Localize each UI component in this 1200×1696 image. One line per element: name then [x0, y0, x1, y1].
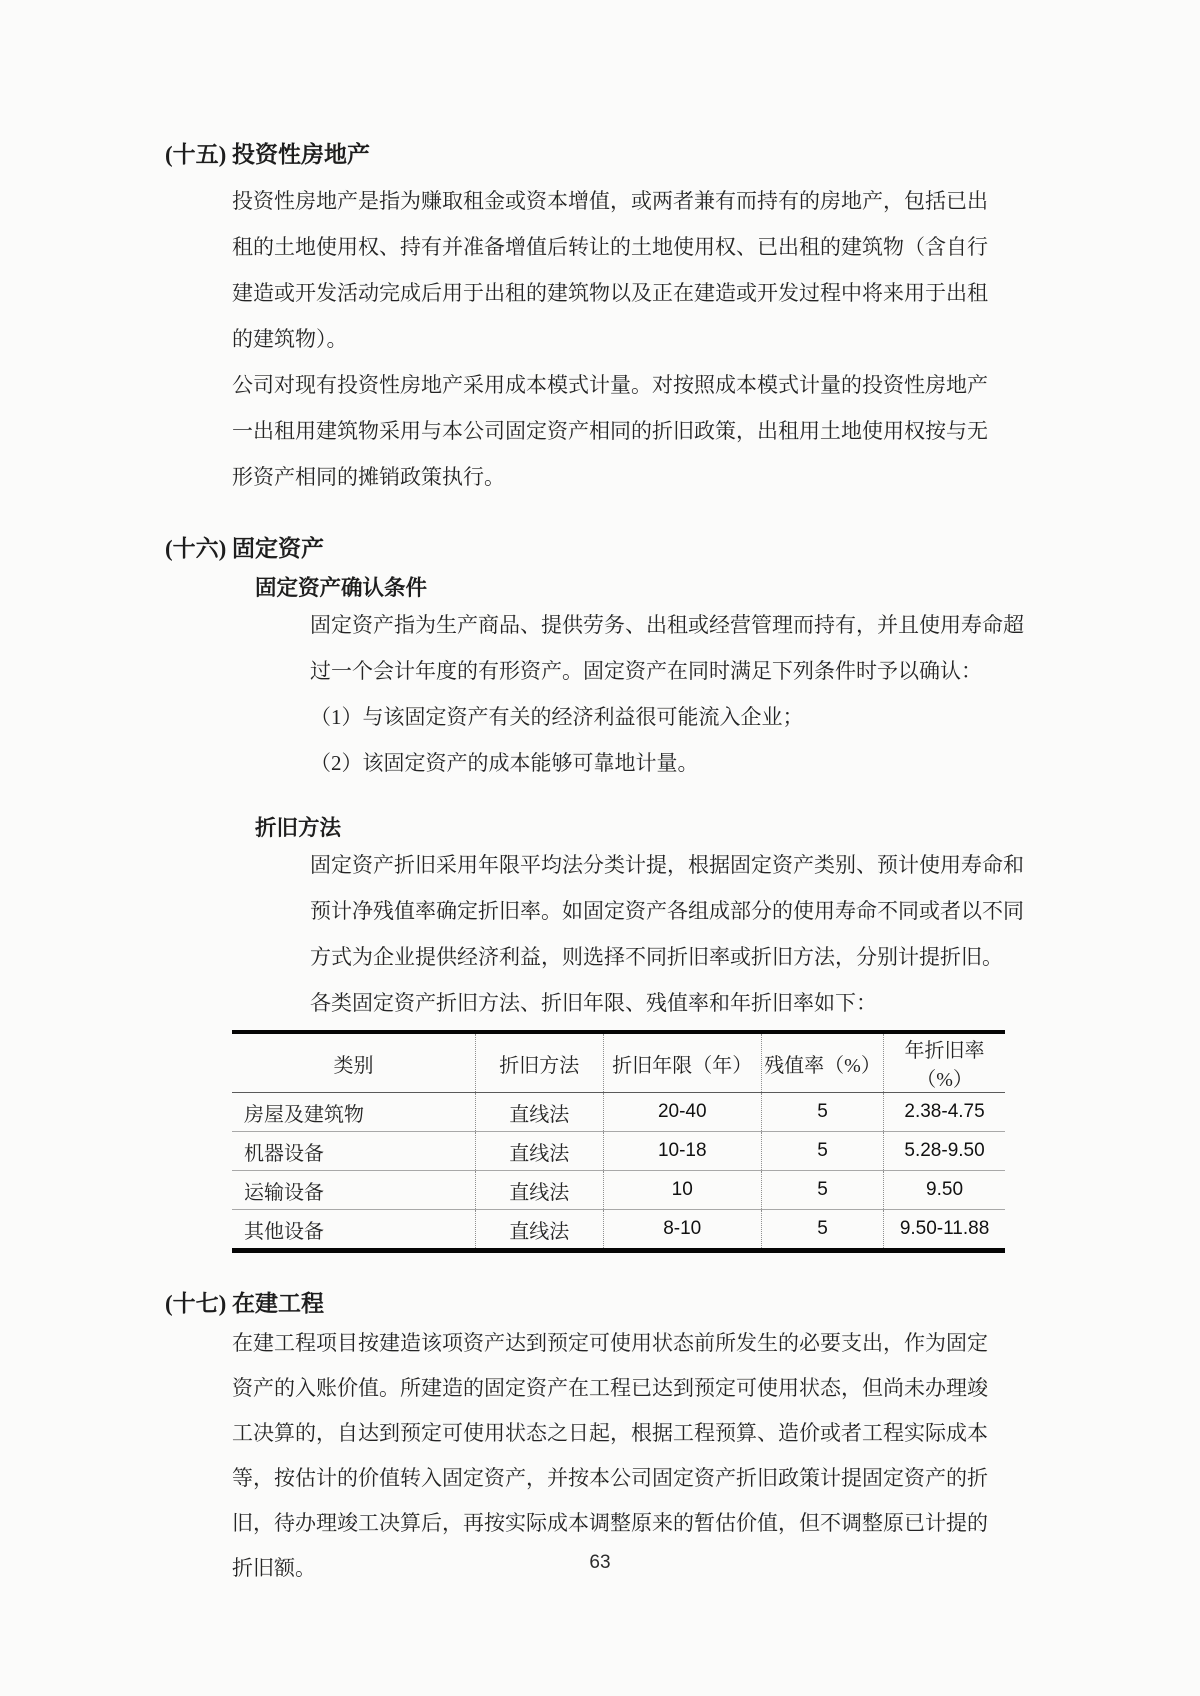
- text-line: 的建筑物）。: [232, 316, 1005, 362]
- page-number: 63: [0, 1552, 1200, 1574]
- text-line: 等，按估计的价值转入固定资产，并按本公司固定资产折旧政策计提固定资产的折: [232, 1456, 1005, 1501]
- table-cell-years: 10-18: [603, 1132, 761, 1171]
- section-15-heading: (十五) 投资性房地产: [165, 140, 1005, 170]
- table-cell-category: 机器设备: [232, 1132, 475, 1171]
- section-16-marker: (十六): [165, 534, 232, 564]
- section-17-marker: (十七): [165, 1289, 232, 1319]
- text-line: 在建工程项目按建造该项资产达到预定可使用状态前所发生的必要支出，作为固定: [232, 1321, 1005, 1366]
- table-cell-annual-rate: 9.50: [884, 1171, 1005, 1210]
- table-row: 其他设备 直线法 8-10 5 9.50-11.88: [232, 1210, 1005, 1251]
- text-line: 预计净残值率确定折旧率。如固定资产各组成部分的使用寿命不同或者以不同: [310, 888, 1005, 934]
- table-row: 运输设备 直线法 10 5 9.50: [232, 1171, 1005, 1210]
- table-cell-annual-rate: 9.50-11.88: [884, 1210, 1005, 1251]
- section-17-paragraph-1: 在建工程项目按建造该项资产达到预定可使用状态前所发生的必要支出，作为固定 资产的…: [232, 1321, 1005, 1591]
- subheading-recognition-criteria: 固定资产确认条件: [255, 574, 1005, 602]
- document-page: (十五) 投资性房地产 投资性房地产是指为赚取租金或资本增值，或两者兼有而持有的…: [0, 0, 1200, 1696]
- table-cell-method: 直线法: [475, 1132, 603, 1171]
- section-15-title: 投资性房地产: [232, 140, 370, 170]
- table-cell-method: 直线法: [475, 1210, 603, 1251]
- table-cell-residual-rate: 5: [761, 1171, 883, 1210]
- table-cell-category: 房屋及建筑物: [232, 1093, 475, 1132]
- table-cell-years: 20-40: [603, 1093, 761, 1132]
- text-line: 过一个会计年度的有形资产。固定资产在同时满足下列条件时予以确认：: [310, 648, 1005, 694]
- text-line: 一出租用建筑物采用与本公司固定资产相同的折旧政策，出租用土地使用权按与无: [232, 408, 1005, 454]
- table-cell-category: 其他设备: [232, 1210, 475, 1251]
- depreciation-table: 类别 折旧方法 折旧年限（年） 残值率（%） 年折旧率（%） 房屋及建筑物 直线…: [232, 1030, 1005, 1253]
- text-line: （1）与该固定资产有关的经济利益很可能流入企业；: [310, 694, 1005, 740]
- table-cell-method: 直线法: [475, 1171, 603, 1210]
- text-line: 固定资产指为生产商品、提供劳务、出租或经营管理而持有，并且使用寿命超: [310, 602, 1005, 648]
- section-15-paragraph-1: 投资性房地产是指为赚取租金或资本增值，或两者兼有而持有的房地产，包括已出 租的土…: [232, 178, 1005, 362]
- section-15-paragraph-2: 公司对现有投资性房地产采用成本模式计量。对按照成本模式计量的投资性房地产 一出租…: [232, 362, 1005, 500]
- depreciation-method-paragraph: 固定资产折旧采用年限平均法分类计提，根据固定资产类别、预计使用寿命和 预计净残值…: [310, 842, 1005, 1026]
- text-line: 形资产相同的摊销政策执行。: [232, 454, 1005, 500]
- table-header-annual-rate: 年折旧率（%）: [884, 1032, 1005, 1093]
- text-line: 租的土地使用权、持有并准备增值后转让的土地使用权、已出租的建筑物（含自行: [232, 224, 1005, 270]
- table-header-row: 类别 折旧方法 折旧年限（年） 残值率（%） 年折旧率（%）: [232, 1032, 1005, 1093]
- table-cell-years: 8-10: [603, 1210, 761, 1251]
- subheading-depreciation-method: 折旧方法: [255, 814, 1005, 842]
- text-line: （2）该固定资产的成本能够可靠地计量。: [310, 740, 1005, 786]
- table-header-method: 折旧方法: [475, 1032, 603, 1093]
- table-cell-method: 直线法: [475, 1093, 603, 1132]
- table-cell-years: 10: [603, 1171, 761, 1210]
- text-line: 投资性房地产是指为赚取租金或资本增值，或两者兼有而持有的房地产，包括已出: [232, 178, 1005, 224]
- text-line: 各类固定资产折旧方法、折旧年限、残值率和年折旧率如下：: [310, 980, 1005, 1026]
- table-row: 机器设备 直线法 10-18 5 5.28-9.50: [232, 1132, 1005, 1171]
- table-cell-residual-rate: 5: [761, 1132, 883, 1171]
- table-cell-residual-rate: 5: [761, 1093, 883, 1132]
- table-cell-category: 运输设备: [232, 1171, 475, 1210]
- text-line: 公司对现有投资性房地产采用成本模式计量。对按照成本模式计量的投资性房地产: [232, 362, 1005, 408]
- text-line: 旧，待办理竣工决算后，再按实际成本调整原来的暂估价值，但不调整原已计提的: [232, 1501, 1005, 1546]
- text-line: 资产的入账价值。所建造的固定资产在工程已达到预定可使用状态，但尚未办理竣: [232, 1366, 1005, 1411]
- section-15-marker: (十五): [165, 140, 232, 170]
- section-16-title: 固定资产: [232, 534, 324, 564]
- table-header-years: 折旧年限（年）: [603, 1032, 761, 1093]
- section-16-heading: (十六) 固定资产: [165, 534, 1005, 564]
- table-header-residual-rate: 残值率（%）: [761, 1032, 883, 1093]
- section-17-heading: (十七) 在建工程: [165, 1289, 1005, 1319]
- table-header-category: 类别: [232, 1032, 475, 1093]
- table-cell-annual-rate: 5.28-9.50: [884, 1132, 1005, 1171]
- text-line: 建造或开发活动完成后用于出租的建筑物以及正在建造或开发过程中将来用于出租: [232, 270, 1005, 316]
- table-cell-residual-rate: 5: [761, 1210, 883, 1251]
- table-row: 房屋及建筑物 直线法 20-40 5 2.38-4.75: [232, 1093, 1005, 1132]
- text-line: 固定资产折旧采用年限平均法分类计提，根据固定资产类别、预计使用寿命和: [310, 842, 1005, 888]
- text-line: 方式为企业提供经济利益，则选择不同折旧率或折旧方法，分别计提折旧。: [310, 934, 1005, 980]
- recognition-criteria-paragraph: 固定资产指为生产商品、提供劳务、出租或经营管理而持有，并且使用寿命超 过一个会计…: [310, 602, 1005, 786]
- text-line: 工决算的，自达到预定可使用状态之日起，根据工程预算、造价或者工程实际成本: [232, 1411, 1005, 1456]
- section-17-title: 在建工程: [232, 1289, 324, 1319]
- table-cell-annual-rate: 2.38-4.75: [884, 1093, 1005, 1132]
